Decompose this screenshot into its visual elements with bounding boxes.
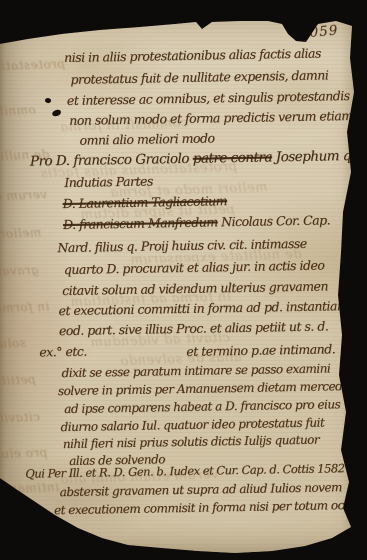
- manuscript-line: nihil fieri nisi prius solutis dictis Iu…: [63, 433, 319, 451]
- manuscript-line: diurno salario Iul. quatuor ideo protest…: [60, 416, 324, 435]
- manuscript-scan-page: protestationibus alias factis omnibus et…: [0, 0, 367, 560]
- manuscript-line: nisi in aliis protestationibus alias fac…: [64, 46, 321, 65]
- manuscript-text: nisi in aliis protestationibus alias fac…: [0, 0, 367, 560]
- manuscript-line: Nard. filius q. Proij huius civ. cit. in…: [57, 236, 306, 255]
- manuscript-line: ex.° etc.: [39, 344, 87, 360]
- manuscript-paper: protestationibus alias factis omnibus et…: [0, 0, 367, 560]
- manuscript-line: et termino p.ae intimand.: [186, 341, 335, 359]
- manuscript-line: et interesse ac omnibus, et singulis pro…: [67, 88, 350, 108]
- manuscript-line: D. franciscum Manfredum Nicolaus Cor. Ca…: [63, 212, 330, 232]
- manuscript-line: non solum modo et forma predictis verum …: [69, 108, 353, 128]
- manuscript-line: citavit solum ad videndum ulterius grava…: [62, 278, 328, 298]
- manuscript-line: ad ipse comparens habeat a D. francisco …: [64, 397, 340, 416]
- manuscript-line: dixit se esse paratum intimare se passo …: [61, 361, 330, 380]
- line-post: Nicolaus Cor. Cap.: [218, 212, 331, 229]
- manuscript-line: protestatus fuit de nullitate expensis, …: [70, 67, 328, 86]
- manuscript-line: Indutias Partes: [64, 173, 153, 190]
- heading-post: Josephum q.° etc.: [272, 147, 367, 165]
- decree-line: et executionem commisit in forma nisi pe…: [54, 498, 352, 517]
- manuscript-line: solvere in primis per Amanuensem dietam …: [58, 379, 360, 398]
- manuscript-line: eod. part. sive illius Proc. et alias pe…: [59, 318, 329, 338]
- struck-text: D. franciscum Manfredum: [63, 214, 218, 232]
- case-heading-line: Pro D. francisco Graciolo patre contra J…: [30, 147, 367, 169]
- struck-text: patre contra: [193, 149, 272, 166]
- manuscript-line: omni alio meliori modo: [79, 130, 214, 147]
- struck-text: D. Laurentium Tagliacotium: [63, 193, 228, 211]
- heading-pre: Pro D. francisco Graciolo: [30, 151, 193, 170]
- manuscript-line: quarto D. procuravit et alias jur. in ac…: [64, 257, 325, 277]
- manuscript-line: et executioni committi in forma ad pd. i…: [58, 298, 348, 318]
- decree-line: abstersit gravamen ut supra ad aliud Iul…: [60, 480, 342, 499]
